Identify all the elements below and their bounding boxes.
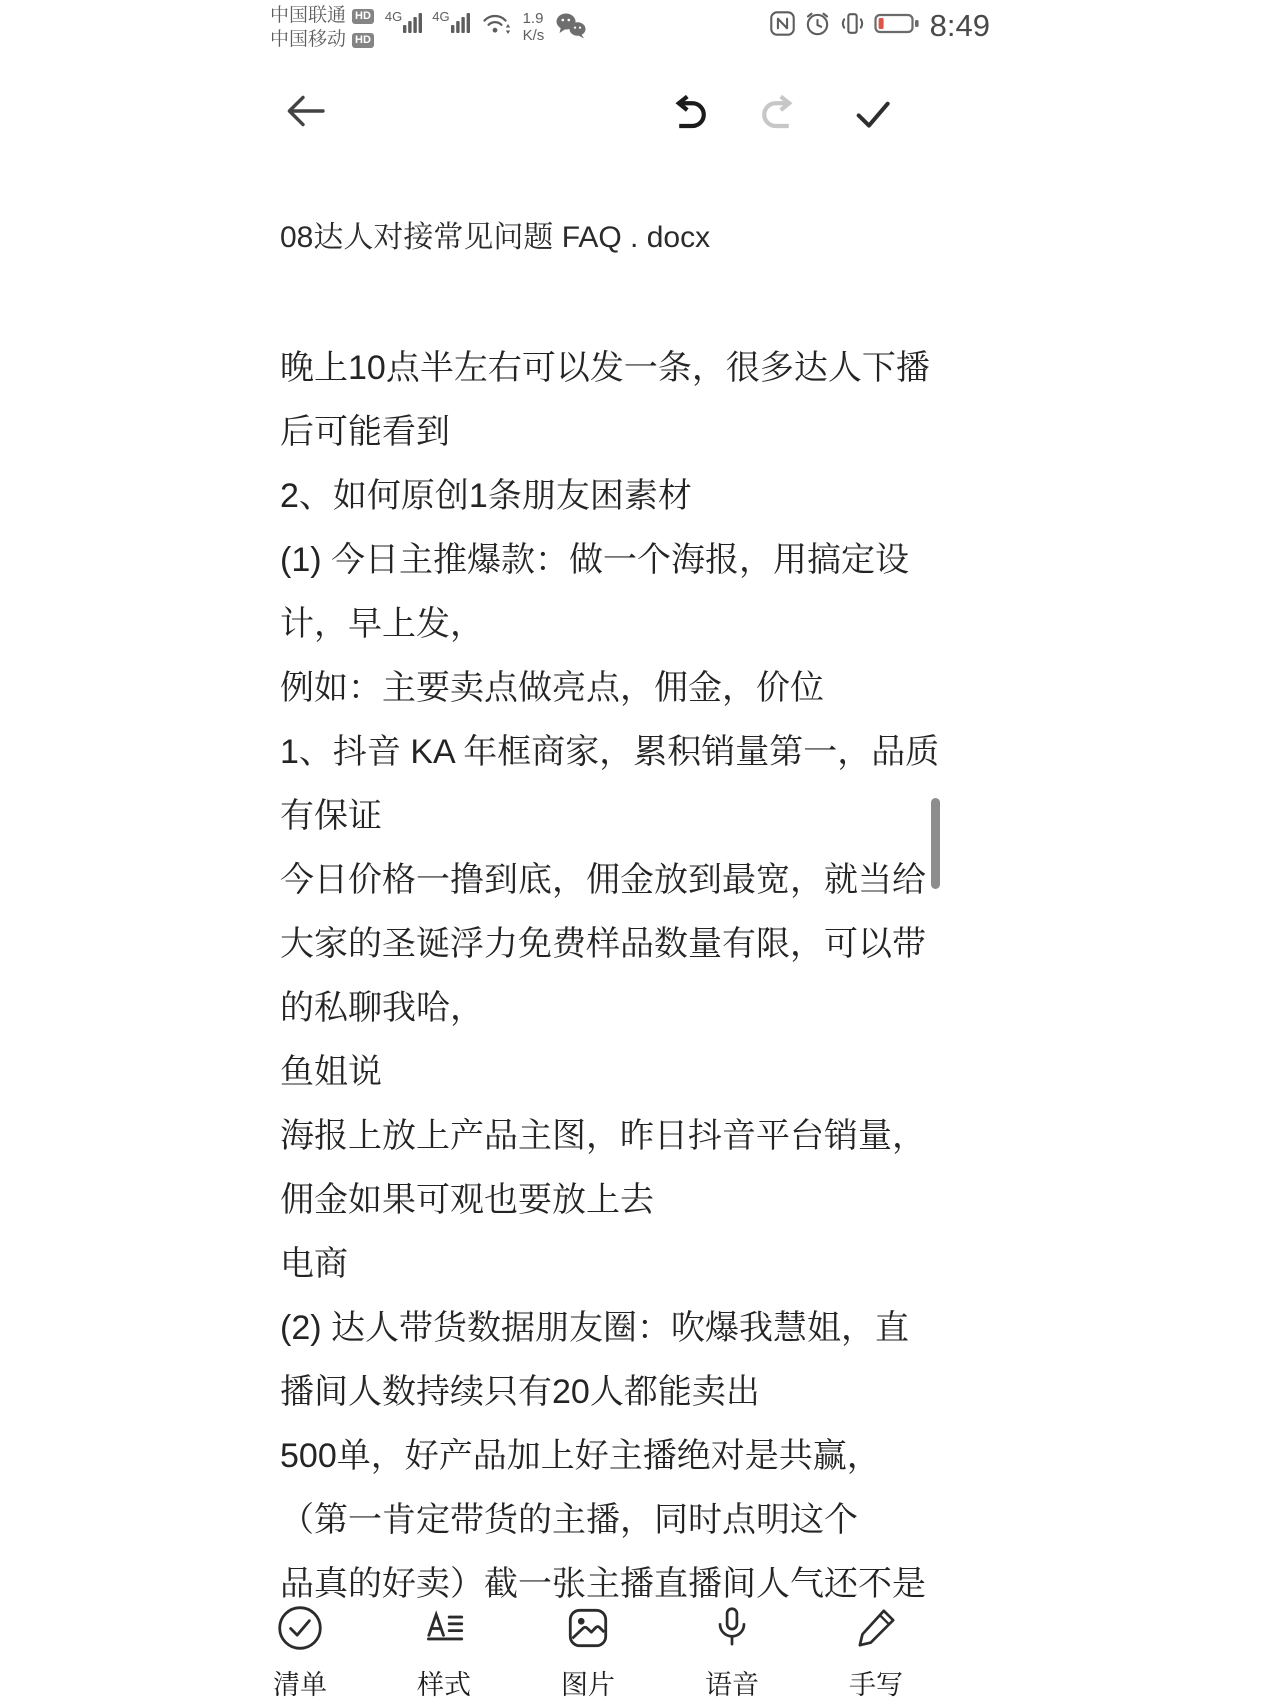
wifi-icon [482, 12, 512, 41]
confirm-button[interactable] [851, 92, 895, 141]
document-line: 品真的好卖）截一张主播直播间人气还不是 [280, 1552, 960, 1601]
toolbar-label: 图片 [523, 1663, 653, 1702]
document-line: 佣金如果可观也要放上去 [280, 1168, 960, 1232]
alarm-icon [804, 10, 831, 42]
notes-app-screen: 中国联通 HD 中国移动 HD 4G 4G [0, 0, 1280, 1706]
statusbar-left: 中国联通 HD 中国移动 HD 4G 4G [270, 4, 587, 52]
statusbar-right: 8:49 [769, 8, 990, 44]
clock-time: 8:49 [930, 8, 990, 44]
speed-unit: K/s [523, 27, 545, 44]
network-type-label: 4G [385, 10, 402, 23]
document-filename: 08达人对接常见问题 FAQ . docx [280, 212, 710, 256]
document-line: (2) 达人带货数据朋友圈：吹爆我慧姐，直 [280, 1296, 960, 1360]
toolbar-item-checklist[interactable]: 清单 [235, 1603, 365, 1702]
toolbar-item-voice[interactable]: 语音 [667, 1603, 797, 1702]
document-line: 电商 [280, 1232, 960, 1296]
voice-icon [707, 1603, 757, 1653]
hd-badge: HD [352, 9, 374, 24]
nfc-icon [769, 10, 796, 42]
wechat-icon [555, 12, 587, 44]
note-editor-area[interactable]: 08达人对接常见问题 FAQ . docx 晚上10点半左右可以发一条，很多达人… [0, 160, 1280, 1601]
carrier-row-2: 中国移动 HD [270, 28, 374, 52]
scrollbar-thumb[interactable] [931, 798, 940, 889]
toolbar-item-style[interactable]: 样式 [379, 1603, 509, 1702]
toolbar-label: 语音 [667, 1663, 797, 1702]
toolbar-label: 手写 [811, 1663, 941, 1702]
document-line: （第一肯定带货的主播，同时点明这个 [280, 1488, 960, 1552]
document-line: 有保证 [280, 784, 960, 848]
document-line: 晚上10点半左右可以发一条，很多达人下播 [280, 336, 960, 400]
document-line: 今日价格一撸到底，佣金放到最宽，就当给 [280, 848, 960, 912]
document-line: 例如：主要卖点做亮点，佣金，价位 [280, 656, 960, 720]
document-line: 大家的圣诞浮力免费样品数量有限，可以带 [280, 912, 960, 976]
redo-icon [758, 124, 802, 141]
signal-bars-icon [403, 10, 423, 39]
toolbar-item-image[interactable]: 图片 [523, 1603, 653, 1702]
handwriting-icon [851, 1603, 901, 1653]
carrier-row-1: 中国联通 HD [270, 4, 374, 28]
signal-bars-icon [451, 10, 471, 39]
checklist-icon [275, 1603, 325, 1653]
image-icon [563, 1603, 613, 1653]
network-speed: 1.9 K/s [523, 10, 545, 44]
document-line: 2、如何原创1条朋友困素材 [280, 464, 960, 528]
undo-icon [666, 124, 710, 141]
check-icon [851, 123, 895, 140]
document-line: 鱼姐说 [280, 1040, 960, 1104]
vibrate-icon [839, 10, 866, 42]
document-line: 后可能看到 [280, 400, 960, 464]
sim1-signal: 4G [385, 10, 423, 39]
toolbar-item-handwriting[interactable]: 手写 [811, 1603, 941, 1702]
text-style-icon [419, 1603, 469, 1653]
document-text: 晚上10点半左右可以发一条，很多达人下播 后可能看到 2、如何原创1条朋友困素材… [280, 336, 960, 1601]
sim2-signal: 4G [432, 10, 470, 39]
back-arrow-icon [281, 122, 329, 139]
document-line: 1、抖音 KA 年框商家，累积销量第一，品质 [280, 720, 960, 784]
document-line: (1) 今日主推爆款：做一个海报，用搞定设 [280, 528, 960, 592]
speed-value: 1.9 [523, 10, 545, 27]
redo-button[interactable] [758, 93, 802, 142]
back-button[interactable] [281, 87, 329, 140]
bottom-toolbar: 清单 样式 [0, 1601, 1280, 1706]
document-line: 播间人数持续只有20人都能卖出 [280, 1360, 960, 1424]
battery-low-icon [874, 11, 920, 42]
signal-block: 4G 4G [385, 10, 471, 39]
document-line: 的私聊我哈， [280, 976, 960, 1040]
carrier-block: 中国联通 HD 中国移动 HD [270, 4, 374, 52]
carrier1-name: 中国联通 [270, 4, 346, 28]
toolbar-label: 样式 [379, 1663, 509, 1702]
network-type-label: 4G [432, 10, 449, 23]
carrier2-name: 中国移动 [270, 28, 346, 52]
document-line: 计，早上发， [280, 592, 960, 656]
document-line: 海报上放上产品主图，昨日抖音平台销量， [280, 1104, 960, 1168]
hd-badge: HD [352, 33, 374, 48]
undo-button[interactable] [666, 93, 710, 142]
document-line: 500单，好产品加上好主播绝对是共赢， [280, 1424, 960, 1488]
toolbar-label: 清单 [235, 1663, 365, 1702]
